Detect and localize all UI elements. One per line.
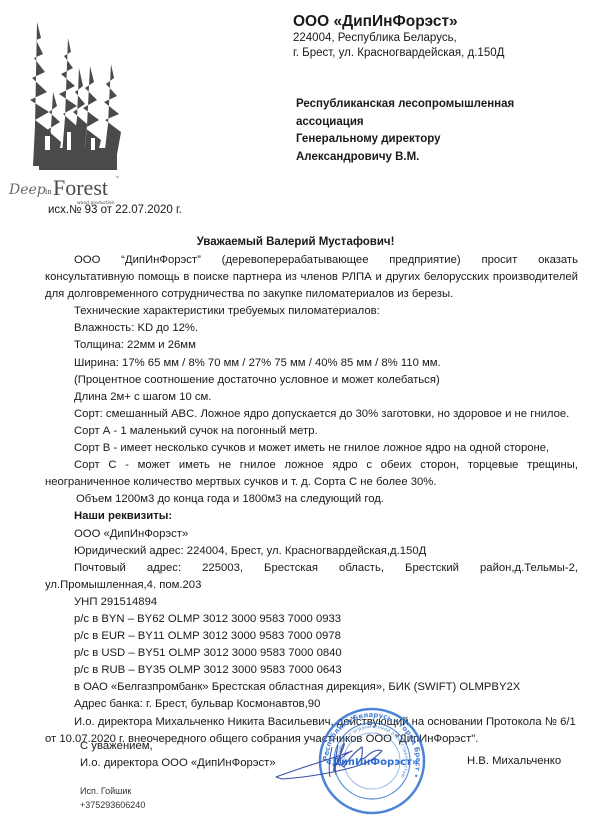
spec-length: Длина 2м+ с шагом 10 см. <box>45 389 578 406</box>
grade-b: Сорт В - имеет несколько сучков и может … <box>45 440 578 457</box>
postal-address: Почтовый адрес: 225003, Брестская област… <box>45 560 578 594</box>
sender-name: ООО «ДипИнФорэст» <box>293 12 504 31</box>
outgoing-reference-number: исх.№ 93 от 22.07.2020 г. <box>48 204 182 216</box>
sender-block: ООО «ДипИнФорэст» 224004, Республика Бел… <box>293 12 504 61</box>
bank-name: в ОАО «Белгазпромбанк» Брестская областн… <box>45 679 578 696</box>
svg-text:Forest: Forest <box>53 175 108 200</box>
volume: Объем 1200м3 до конца года и 1800м3 на с… <box>45 491 578 508</box>
executor-name: Исп. Гойшик <box>80 784 145 798</box>
closing-block: С уважением, И.о. директора ООО «ДипИнФо… <box>80 738 276 772</box>
letter-body: ООО “ДипИнФорэст” (деревоперерабатывающе… <box>45 252 578 748</box>
sender-address-line-2: г. Брест, ул. Красногвардейская, д.150Д <box>293 46 504 61</box>
handwritten-signature <box>272 737 392 782</box>
account-eur: р/с в EUR – BY11 OLMP 3012 3000 9583 700… <box>45 628 578 645</box>
forest-trees-icon: Deep in Forest ™ wood production <box>5 8 125 208</box>
bank-address: Адрес банка: г. Брест, бульвар Космонавт… <box>45 696 578 713</box>
sender-address-line-1: 224004, Республика Беларусь, <box>293 31 504 46</box>
requisites-title: Наши реквизиты: <box>45 508 578 525</box>
grade-paragraph: Сорт: смешанный ABC. Ложное ядро допуска… <box>45 406 578 423</box>
recipient-line: ассоциация <box>296 114 514 132</box>
svg-text:™: ™ <box>115 176 120 182</box>
greeting: Уважаемый Валерий Мустафович! <box>0 236 591 248</box>
spec-note: (Процентное соотношение достаточно услов… <box>45 372 578 389</box>
account-rub: р/с в RUB – BY35 OLMP 3012 3000 9583 700… <box>45 662 578 679</box>
svg-text:Deep: Deep <box>8 182 46 198</box>
recipient-block: Республиканская лесопромышленная ассоциа… <box>296 96 514 166</box>
recipient-line: Генеральному директору <box>296 131 514 149</box>
specs-title: Технические характеристики требуемых пил… <box>45 303 578 320</box>
grade-a: Сорт А - 1 маленький сучок на погонный м… <box>45 423 578 440</box>
executor-phone: +375293606240 <box>80 798 145 812</box>
company-logo: Deep in Forest ™ wood production <box>5 8 125 208</box>
signer-name: Н.В. Михальченко <box>467 755 561 767</box>
spec-moisture: Влажность: KD до 12%. <box>45 320 578 337</box>
spec-width: Ширина: 17% 65 мм / 8% 70 мм / 27% 75 мм… <box>45 355 578 372</box>
grade-c: Сорт С - может иметь не гнилое ложное яд… <box>45 457 578 491</box>
recipient-line: Республиканская лесопромышленная <box>296 96 514 114</box>
account-byn: р/с в BYN – BY62 OLMP 3012 3000 9583 700… <box>45 611 578 628</box>
account-usd: р/с в USD – BY51 OLMP 3012 3000 9583 700… <box>45 645 578 662</box>
executor-block: Исп. Гойшик +375293606240 <box>80 784 145 812</box>
unp: УНП 291514894 <box>45 594 578 611</box>
spec-thickness: Толщина: 22мм и 26мм <box>45 337 578 354</box>
signer-position: И.о. директора ООО «ДипИнФорэст» <box>80 755 276 772</box>
svg-text:in: in <box>45 188 52 196</box>
regards: С уважением, <box>80 738 276 755</box>
signature-icon <box>272 737 392 782</box>
legal-address: Юридический адрес: 224004, Брест, ул. Кр… <box>45 543 578 560</box>
recipient-line: Александровичу В.М. <box>296 149 514 167</box>
intro-paragraph: ООО “ДипИнФорэст” (деревоперерабатывающе… <box>45 252 578 303</box>
requisites-company: ООО «ДипИнФорэст» <box>45 526 578 543</box>
